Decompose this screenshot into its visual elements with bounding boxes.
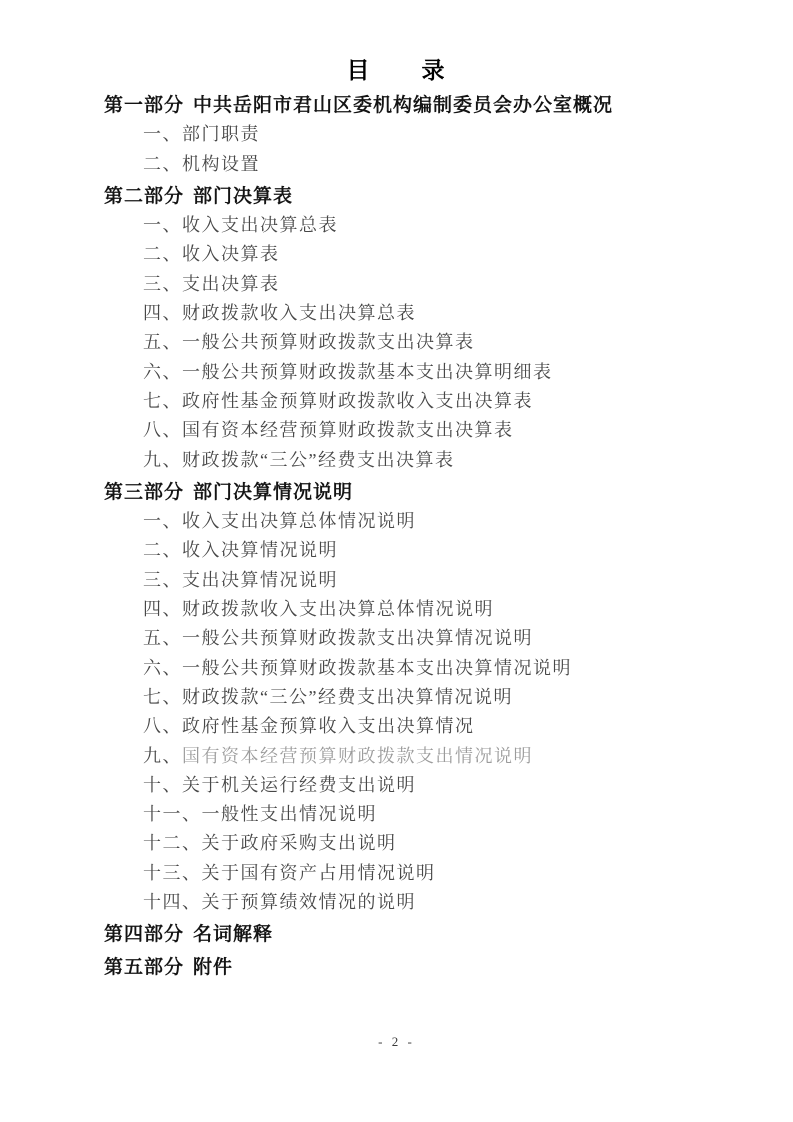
toc-item: 十三、关于国有资产占用情况说明 [104, 859, 743, 888]
toc-item: 一、收入支出决算总体情况说明 [104, 507, 743, 536]
toc-item: 一、收入支出决算总表 [104, 211, 743, 240]
toc-item: 八、政府性基金预算收入支出决算情况 [104, 712, 743, 741]
item-number: 九、 [143, 746, 182, 766]
toc: 第一部分中共岳阳市君山区委机构编制委员会办公室概况 一、部门职责 二、机构设置 … [104, 91, 743, 982]
toc-item: 八、国有资本经营预算财政拨款支出决算表 [104, 416, 743, 445]
section-part-number: 第四部分 [104, 924, 184, 945]
page-title: 目 录 [0, 55, 793, 87]
item-text: 一般公共预算财政拨款基本支出决算明细表 [182, 362, 553, 382]
item-number: 十、 [143, 775, 182, 795]
section-heading: 第五部分附件 [104, 953, 743, 982]
item-text: 关于国有资产占用情况说明 [202, 863, 436, 883]
toc-item: 七、财政拨款“三公”经费支出决算情况说明 [104, 683, 743, 712]
item-number: 十三、 [143, 863, 202, 883]
section-part-number: 第三部分 [104, 482, 184, 503]
section-title: 名词解释 [193, 924, 273, 945]
item-text: 收入支出决算总体情况说明 [182, 511, 416, 531]
toc-item: 十、关于机关运行经费支出说明 [104, 771, 743, 800]
toc-item: 五、一般公共预算财政拨款支出决算表 [104, 328, 743, 357]
item-number: 八、 [143, 420, 182, 440]
item-number: 五、 [143, 628, 182, 648]
item-text: 关于机关运行经费支出说明 [182, 775, 416, 795]
toc-item: 九、国有资本经营预算财政拨款支出情况说明 [104, 742, 743, 771]
item-text: 收入决算情况说明 [182, 540, 338, 560]
section-heading: 第一部分中共岳阳市君山区委机构编制委员会办公室概况 [104, 91, 743, 120]
item-number: 二、 [143, 540, 182, 560]
toc-item: 二、收入决算表 [104, 240, 743, 269]
item-text: 国有资本经营预算财政拨款支出情况说明 [182, 746, 533, 766]
item-text: 财政拨款“三公”经费支出决算表 [182, 450, 454, 470]
item-text: 收入决算表 [182, 244, 280, 264]
item-number: 一、 [143, 215, 182, 235]
item-text: 支出决算表 [182, 274, 280, 294]
item-number: 六、 [143, 362, 182, 382]
toc-item: 四、财政拨款收入支出决算总表 [104, 299, 743, 328]
item-text: 部门职责 [182, 124, 260, 144]
toc-item: 五、一般公共预算财政拨款支出决算情况说明 [104, 624, 743, 653]
toc-item: 三、支出决算情况说明 [104, 566, 743, 595]
page-footer: - 2 - [0, 1034, 793, 1050]
toc-item: 一、部门职责 [104, 120, 743, 149]
item-number: 三、 [143, 274, 182, 294]
item-text: 一般性支出情况说明 [202, 804, 378, 824]
item-text: 收入支出决算总表 [182, 215, 338, 235]
section-items: 一、收入支出决算总体情况说明 二、收入决算情况说明 三、支出决算情况说明 四、财… [104, 507, 743, 917]
item-text: 一般公共预算财政拨款基本支出决算情况说明 [182, 658, 572, 678]
item-number: 四、 [143, 303, 182, 323]
item-number: 二、 [143, 154, 182, 174]
item-number: 一、 [143, 124, 182, 144]
item-number: 四、 [143, 599, 182, 619]
item-number: 九、 [143, 450, 182, 470]
item-number: 十四、 [143, 892, 202, 912]
toc-item: 十四、关于预算绩效情况的说明 [104, 888, 743, 917]
toc-item: 三、支出决算表 [104, 270, 743, 299]
section-title: 部门决算表 [193, 186, 293, 207]
section-items: 一、部门职责 二、机构设置 [104, 120, 743, 179]
item-number: 五、 [143, 332, 182, 352]
item-text: 财政拨款“三公”经费支出决算情况说明 [182, 687, 513, 707]
item-number: 十一、 [143, 804, 202, 824]
toc-item: 九、财政拨款“三公”经费支出决算表 [104, 446, 743, 475]
section-title: 中共岳阳市君山区委机构编制委员会办公室概况 [193, 95, 613, 116]
toc-section: 第二部分部门决算表 一、收入支出决算总表 二、收入决算表 三、支出决算表 四、财… [104, 182, 743, 475]
toc-item: 六、一般公共预算财政拨款基本支出决算情况说明 [104, 654, 743, 683]
toc-item: 十一、一般性支出情况说明 [104, 800, 743, 829]
item-text: 机构设置 [182, 154, 260, 174]
section-part-number: 第二部分 [104, 186, 184, 207]
item-text: 关于预算绩效情况的说明 [202, 892, 417, 912]
section-heading: 第三部分部门决算情况说明 [104, 478, 743, 507]
toc-item: 二、收入决算情况说明 [104, 536, 743, 565]
toc-section: 第一部分中共岳阳市君山区委机构编制委员会办公室概况 一、部门职责 二、机构设置 [104, 91, 743, 179]
item-text: 一般公共预算财政拨款支出决算情况说明 [182, 628, 533, 648]
item-number: 七、 [143, 687, 182, 707]
toc-item: 四、财政拨款收入支出决算总体情况说明 [104, 595, 743, 624]
toc-item: 七、政府性基金预算财政拨款收入支出决算表 [104, 387, 743, 416]
item-text: 财政拨款收入支出决算总体情况说明 [182, 599, 494, 619]
document-page: 目 录 第一部分中共岳阳市君山区委机构编制委员会办公室概况 一、部门职责 二、机… [0, 0, 793, 1122]
section-title: 附件 [193, 957, 233, 978]
item-number: 六、 [143, 658, 182, 678]
page-number: - 2 - [378, 1034, 415, 1049]
item-text: 一般公共预算财政拨款支出决算表 [182, 332, 475, 352]
item-text: 财政拨款收入支出决算总表 [182, 303, 416, 323]
item-text: 关于政府采购支出说明 [202, 833, 397, 853]
section-part-number: 第一部分 [104, 95, 184, 116]
section-items: 一、收入支出决算总表 二、收入决算表 三、支出决算表 四、财政拨款收入支出决算总… [104, 211, 743, 475]
toc-item: 六、一般公共预算财政拨款基本支出决算明细表 [104, 358, 743, 387]
section-title: 部门决算情况说明 [193, 482, 353, 503]
item-number: 三、 [143, 570, 182, 590]
item-text: 国有资本经营预算财政拨款支出决算表 [182, 420, 514, 440]
section-part-number: 第五部分 [104, 957, 184, 978]
item-text: 政府性基金预算财政拨款收入支出决算表 [182, 391, 533, 411]
toc-item: 十二、关于政府采购支出说明 [104, 829, 743, 858]
item-number: 二、 [143, 244, 182, 264]
toc-section: 第五部分附件 [104, 953, 743, 982]
toc-item: 二、机构设置 [104, 150, 743, 179]
section-heading: 第二部分部门决算表 [104, 182, 743, 211]
item-text: 支出决算情况说明 [182, 570, 338, 590]
item-number: 七、 [143, 391, 182, 411]
item-number: 八、 [143, 716, 182, 736]
section-heading: 第四部分名词解释 [104, 920, 743, 949]
item-number: 一、 [143, 511, 182, 531]
toc-section: 第三部分部门决算情况说明 一、收入支出决算总体情况说明 二、收入决算情况说明 三… [104, 478, 743, 917]
toc-section: 第四部分名词解释 [104, 920, 743, 949]
item-number: 十二、 [143, 833, 202, 853]
item-text: 政府性基金预算收入支出决算情况 [182, 716, 475, 736]
